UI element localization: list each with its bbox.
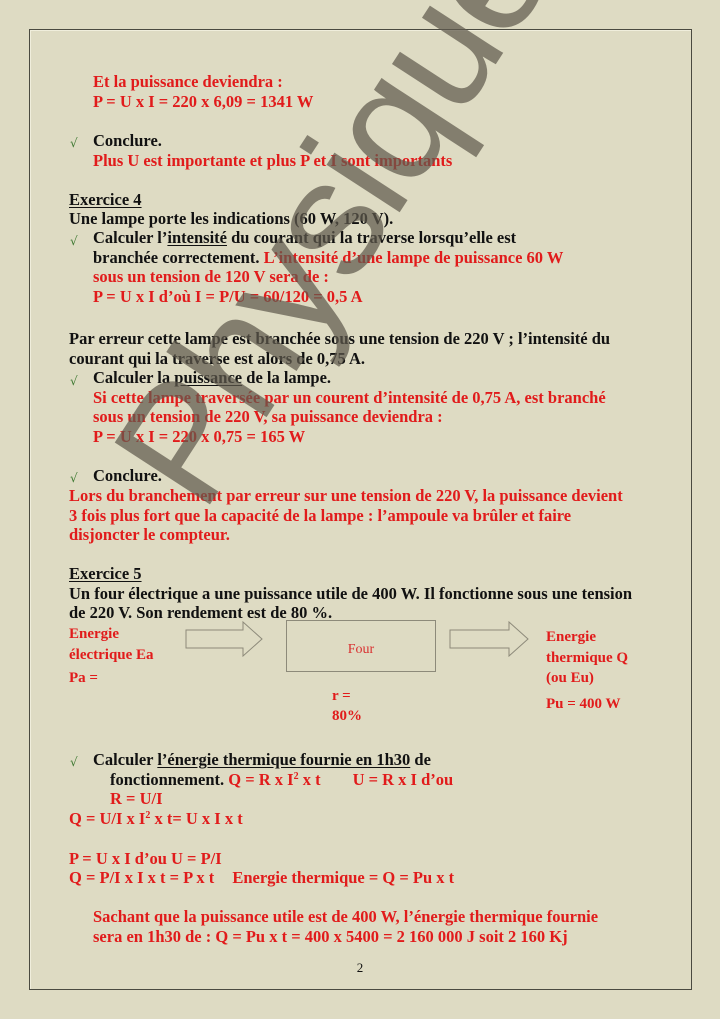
- formula-l1: fonctionnement. Q = R x I2 x tU = R x I …: [110, 770, 453, 790]
- exercise-4-title: Exercice 4: [69, 190, 142, 210]
- diagram-output-l1: Energie: [546, 627, 596, 647]
- diagram-input-l2: électrique Ea: [69, 645, 154, 665]
- exercise-4-statement-2a: Par erreur cette lampe est branchée sous…: [69, 329, 610, 349]
- exercise-5-statement-l1: Un four électrique a une puissance utile…: [69, 584, 632, 604]
- task-conclude-2: Conclure.: [93, 466, 162, 486]
- efficiency-label: r =: [332, 686, 351, 706]
- exercise-title: Exercice 5: [69, 564, 142, 583]
- check-icon: √: [70, 231, 78, 251]
- formula-l5: Q = P/I x I x t = P x tEnergie thermique…: [69, 868, 454, 888]
- formula-l3: Q = U/I x I2 x t= U x I x t: [69, 809, 243, 829]
- conclusion-l3: disjoncter le compteur.: [69, 525, 230, 545]
- answer-power-l1: Si cette lampe traversée par un courent …: [93, 388, 606, 408]
- diagram-output-l3: (ou Eu): [546, 668, 594, 688]
- exercise-title: Exercice 4: [69, 190, 142, 209]
- check-icon: √: [70, 371, 78, 391]
- arrow-right-icon: [449, 621, 531, 657]
- answer-intensity-formula: P = U x I d’où I = P/U = 60/120 = 0,5 A: [93, 287, 363, 307]
- exercise-5-title: Exercice 5: [69, 564, 142, 584]
- diagram-output-l2: thermique Q: [546, 648, 628, 668]
- intro-answer: Plus U est importante et plus P et I son…: [93, 151, 452, 171]
- check-icon: √: [70, 468, 78, 488]
- arrow-right-icon: [185, 621, 265, 657]
- exercise-4-statement: Une lampe porte les indications (60 W, 1…: [69, 209, 393, 229]
- page-number: 2: [0, 958, 720, 978]
- answer-intensity-l1: branchée correctement. L’intensité d’une…: [93, 248, 563, 268]
- question-intensity: Calculer l’intensité du courant qui la t…: [93, 228, 516, 248]
- answer-intensity-l2: sous un tension de 120 V sera de :: [93, 267, 329, 287]
- answer-power-formula: P = U x I = 220 x 0,75 = 165 W: [93, 427, 305, 447]
- conclusion-l1: Lors du branchement par erreur sur une t…: [69, 486, 623, 506]
- exercise-4-statement-2b: courant qui la traverse est alors de 0,7…: [69, 349, 365, 369]
- diagram-input-l3: Pa =: [69, 668, 98, 688]
- task-conclude: Conclure.: [93, 131, 162, 151]
- formula-l4: P = U x I d’ou U = P/I: [69, 849, 222, 869]
- answer-power-l2: sous un tension de 220 V, sa puissance d…: [93, 407, 443, 427]
- question-thermal-energy: Calculer l’énergie thermique fournie en …: [93, 750, 431, 770]
- final-answer-l2: sera en 1h30 de : Q = Pu x t = 400 x 540…: [93, 927, 568, 947]
- conclusion-l2: 3 fois plus fort que la capacité de la l…: [69, 506, 571, 526]
- check-icon: √: [70, 133, 78, 153]
- oven-label: Four: [287, 640, 435, 660]
- oven-box: Four: [286, 620, 436, 672]
- final-answer-l1: Sachant que la puissance utile est de 40…: [93, 907, 598, 927]
- diagram-input-l1: Energie: [69, 624, 119, 644]
- useful-power: Pu = 400 W: [546, 694, 621, 714]
- intro-formula: P = U x I = 220 x 6,09 = 1341 W: [93, 92, 313, 112]
- question-power: Calculer la puissance de la lampe.: [93, 368, 331, 388]
- intro-line: Et la puissance deviendra :: [93, 72, 283, 92]
- check-icon: √: [70, 752, 78, 772]
- efficiency-value: 80%: [332, 706, 362, 726]
- formula-l2: R = U/I: [110, 789, 163, 809]
